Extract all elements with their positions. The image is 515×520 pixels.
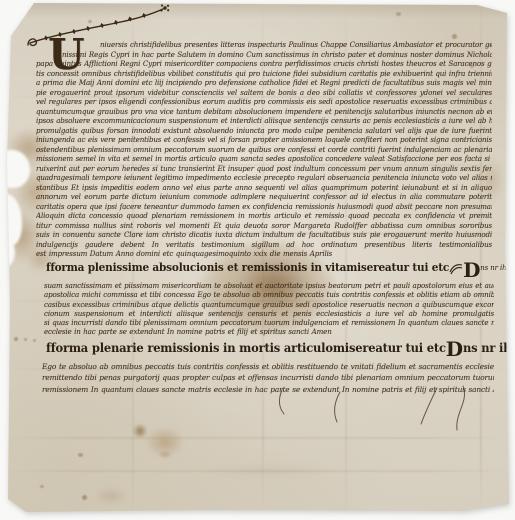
fox-spot — [14, 337, 18, 341]
heading1-incipit: misereatur tui etc — [346, 262, 449, 275]
manuscript-text-line: ostendentibus plenissimam omnium peccato… — [36, 145, 492, 155]
heading1-continuation: ns nr ihs xps p — [480, 262, 515, 272]
fox-spot — [33, 339, 36, 342]
heading2-incipit: misereatur tui etc — [333, 341, 446, 356]
fox-spot — [40, 485, 44, 488]
manuscript-text-line: suam sanctissimam et piissimam misericor… — [44, 281, 494, 290]
tear-hole — [0, 150, 30, 188]
manuscript-text-line: casibus excessibus criminibus atque deli… — [44, 300, 494, 309]
body-text-block-1: niuersis christifidelibus presentes litt… — [36, 40, 492, 259]
manuscript-text-line: apostolica michi commissa et tibi conces… — [44, 290, 494, 299]
parchment-shadow: U niuersis christifidelibus presentes li… — [0, 0, 515, 520]
manuscript-text-line: quadragesimali tempore ieiunent legitimo… — [36, 173, 492, 183]
manuscript-text-line: si quas incurristi dando tibi plenissima… — [44, 318, 494, 327]
manuscript-text-line: ecclesie in hac parte se extendunt In no… — [44, 327, 494, 336]
fox-spot — [396, 12, 401, 16]
body-text-block-2: suam sanctissimam et piissimam misericor… — [44, 281, 494, 337]
forma-absolutionis-in-vita-heading: fforma plenissime absolucionis et remiss… — [46, 262, 496, 278]
manuscript-text-line: a prima die Maij Anni domini etc liij in… — [36, 78, 492, 88]
manuscript-text-line: indulgencijs gaudere debent In veritatis… — [36, 240, 492, 250]
manuscript-text-line: cionum suspensionum et interdicti aliisq… — [44, 309, 494, 318]
tear-hole — [0, 240, 15, 268]
manuscript-text-line: suis in conuentu sancte Clare iam christ… — [36, 230, 492, 240]
manuscript-text-line: Alioquin dicta concessio quoad plenariam… — [36, 211, 492, 221]
fox-spot — [452, 34, 457, 39]
manuscript-text-line: Ego te absoluo ab omnibus peccatis tuis … — [42, 361, 494, 372]
water-stain — [96, 488, 126, 504]
manuscript-text-line: remittendo tibi penas purgatorij quas pr… — [42, 372, 494, 383]
water-stain — [208, 466, 330, 476]
tail-flourishes — [270, 384, 505, 446]
manuscript-text-line: vel regulares per ipsos eligendi confess… — [36, 97, 492, 107]
manuscript-parchment: U niuersis christifidelibus presentes li… — [0, 0, 515, 520]
heading2-continuation: ns nr ihus — [463, 341, 515, 356]
manuscript-text-line: nissimi Regis Cypri in hac parte Salutem… — [36, 50, 492, 60]
fox-spot — [24, 338, 27, 341]
pen-tie-mark-icon — [449, 262, 463, 277]
fox-spot — [160, 452, 170, 457]
manuscript-text-line: tis concessit omnibus christifidelibus v… — [36, 69, 492, 79]
manuscript-text-line: ruixerint aut per eorum heredes si tunc … — [36, 164, 492, 174]
heading1-title: fforma plenissime absolucionis et remiss… — [46, 262, 346, 275]
fox-spot — [82, 495, 87, 500]
manuscript-text-line: pie erogauerint prout ipsorum videbitur … — [36, 88, 492, 98]
manuscript-text-line: est impressum Datum Anno domini etc quin… — [36, 249, 492, 259]
manuscript-text-line: missionem semel in vita et semel in mort… — [36, 154, 492, 164]
manuscript-text-line: stantibus Et ipsis impeditis eodem anno … — [36, 183, 492, 193]
manuscript-text-line: papa quintus Afflictioni Regni Cypri mis… — [36, 59, 492, 69]
manuscript-text-line: quantumcumque grauibus pro vna vice tant… — [36, 107, 492, 117]
manuscript-text-line: iniungenda ac eis vere penitentibus et c… — [36, 135, 492, 145]
manuscript-text-line: niuersis christifidelibus presentes litt… — [36, 40, 492, 50]
manuscript-text-line: ipsos absoluere excommunicacionum suspen… — [36, 116, 492, 126]
manuscript-text-line: annorum vel eorum parte dictum ieiunium … — [36, 192, 492, 202]
ink-blot — [133, 424, 147, 438]
lombard-initial-D: D — [446, 341, 463, 357]
fox-spot — [78, 453, 83, 457]
lombard-initial-D: D — [463, 262, 480, 278]
heading2-title: fforma plenarie remissionis in mortis ar… — [46, 341, 333, 356]
manuscript-text-line: promulgatis quibus forsan innodati exist… — [36, 126, 492, 136]
forma-remissionis-in-mortis-heading: fforma plenarie remissionis in mortis ar… — [46, 341, 496, 357]
manuscript-text-line: titur commissa nullius sint roboris vel … — [36, 221, 492, 231]
photo-background: U niuersis christifidelibus presentes li… — [0, 0, 515, 520]
manuscript-text-line: caritatis opera que ipsi facere teneantu… — [36, 202, 492, 212]
